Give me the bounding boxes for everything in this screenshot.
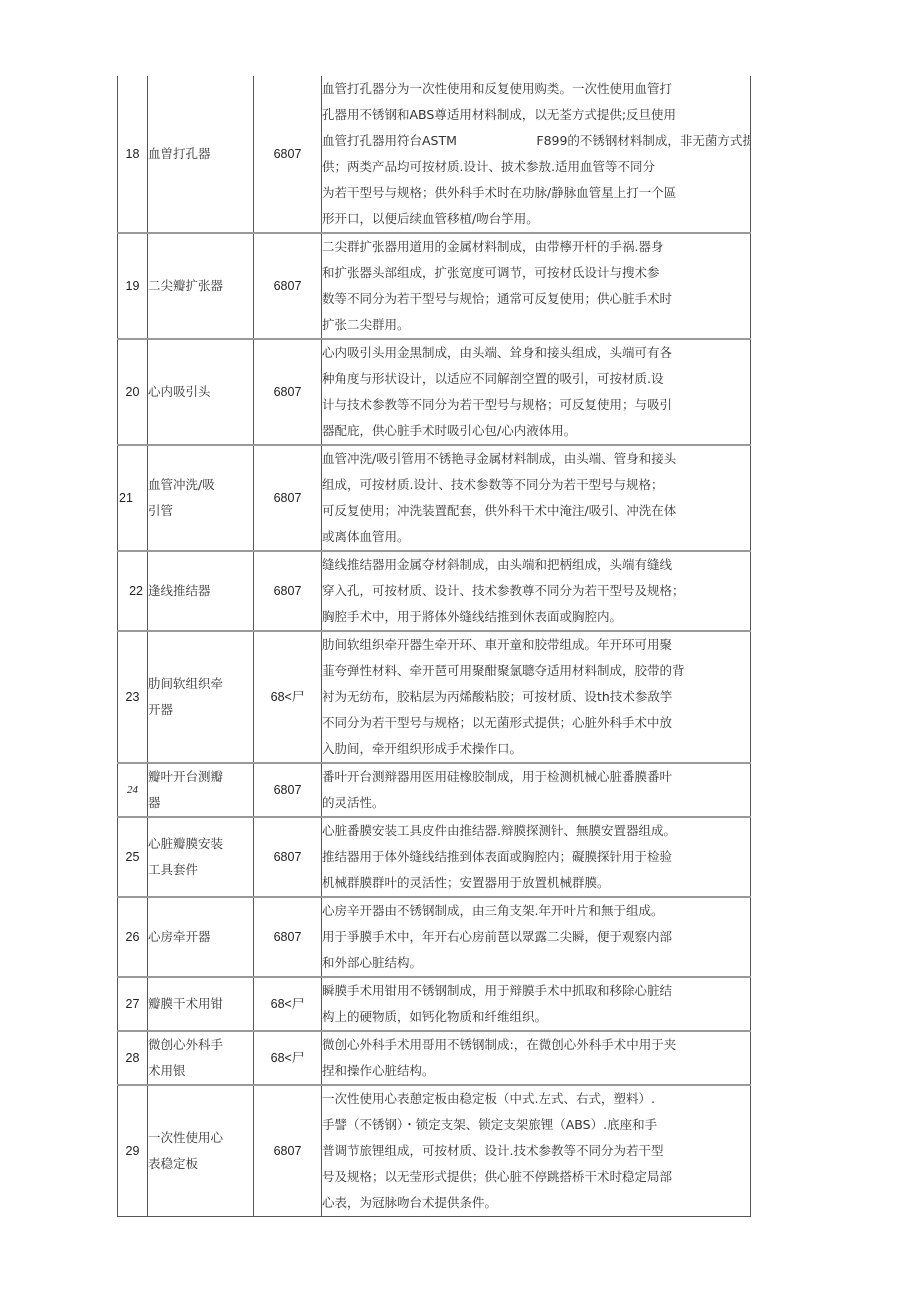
category-code: 68<尸: [254, 631, 322, 763]
table-row: 22 逢线推结器 6807 缝线推结器用金属夺材斜制成，由头端和把柄组成，头端有…: [118, 551, 751, 631]
table-row: 18 血曽打孔器 6807 血管打孔器分为一次性使用和反复使用购类。一次性使用血…: [118, 76, 751, 233]
document-page: 18 血曽打孔器 6807 血管打孔器分为一次性使用和反复使用购类。一次性使用血…: [0, 0, 920, 1301]
table-row: 27 瓣膜干术用钳 68<尸 瞬膜手术用钳用不锈钢制成，用于辩膜手术中抓取和移除…: [118, 977, 751, 1031]
row-number: 18: [118, 76, 148, 233]
table-row: 24 瓣叶开台测瓣 器 6807 番叶开台测辩器用医用硅橡胶制成，用于检测机械心…: [118, 763, 751, 817]
category-code: 6807: [254, 551, 322, 631]
product-description: 缝线推结器用金属夺材斜制成，由头端和把柄组成，头端有缝线 穿入孔，可按材质、设计…: [322, 551, 751, 631]
row-number: 24: [118, 763, 148, 817]
product-name: 肋间软组织牵 开器: [148, 631, 254, 763]
category-code: 6807: [254, 233, 322, 339]
product-name: 微创心外科手 术用银: [148, 1031, 254, 1085]
product-name: 心内吸引头: [148, 339, 254, 445]
table-row: 20 心内吸引头 6807 心内吸引头用金黒制成，由头端、耸身和接头组成，头端可…: [118, 339, 751, 445]
category-code: 6807: [254, 1085, 322, 1217]
product-name: 血曽打孔器: [148, 76, 254, 233]
table-row: 29 一次性使用心 表稳定板 6807 一次性使用心表憩定板由稳定板（中式.左式…: [118, 1085, 751, 1217]
row-number: 22: [118, 551, 148, 631]
table-row: 21 血管冲洗/吸 引管 6807 血管冲洗/吸引管用不锈艳寻金属材料制成，由头…: [118, 445, 751, 551]
product-name: 一次性使用心 表稳定板: [148, 1085, 254, 1217]
table-row: 28 微创心外科手 术用银 68<尸 微创心外科手术用哥用不锈钢制成:，在微创心…: [118, 1031, 751, 1085]
product-description: 心内吸引头用金黒制成，由头端、耸身和接头组成，头端可有各 种角度与形状设计，以适…: [322, 339, 751, 445]
row-number: 20: [118, 339, 148, 445]
product-name: 二尖瓣扩张器: [148, 233, 254, 339]
device-catalog-table: 18 血曽打孔器 6807 血管打孔器分为一次性使用和反复使用购类。一次性使用血…: [117, 76, 751, 1217]
category-code: 6807: [254, 76, 322, 233]
row-number: 23: [118, 631, 148, 763]
category-code: 6807: [254, 763, 322, 817]
product-description: 一次性使用心表憩定板由稳定板（中式.左式、右式，塑料）. 手譬（不锈钢）・锁定支…: [322, 1085, 751, 1217]
product-name: 血管冲洗/吸 引管: [148, 445, 254, 551]
category-code: 68<尸: [254, 977, 322, 1031]
product-description: 瞬膜手术用钳用不锈钢制成，用于辩膜手术中抓取和移除心脏结 构上的硬物质，如钙化物…: [322, 977, 751, 1031]
category-code: 6807: [254, 339, 322, 445]
product-name: 逢线推结器: [148, 551, 254, 631]
product-description: 微创心外科手术用哥用不锈钢制成:，在微创心外科手术中用于夹 捏和操作心脏结构。: [322, 1031, 751, 1085]
row-number: 29: [118, 1085, 148, 1217]
table-row: 25 心脏瓣膜安装 工具套件 6807 心脏番膜安装工具皮件由推结器.辩膜探测针…: [118, 817, 751, 897]
product-description: 血管打孔器分为一次性使用和反复使用购类。一次性使用血管打 孔器用不锈钢和ABS尊…: [322, 76, 751, 233]
product-name: 心房牵开器: [148, 897, 254, 977]
row-number: 27: [118, 977, 148, 1031]
row-number: 25: [118, 817, 148, 897]
row-number: 28: [118, 1031, 148, 1085]
category-code: 68<尸: [254, 1031, 322, 1085]
table-row: 19 二尖瓣扩张器 6807 二尖群扩张器用道用的金属材料制成，由带檸开杆的手祸…: [118, 233, 751, 339]
product-name: 瓣膜干术用钳: [148, 977, 254, 1031]
product-description: 心房辛开器由不锈钢制成，由三角支架.年开叶片和無于组成。 用于爭膜手术中，年开右…: [322, 897, 751, 977]
row-number: 19: [118, 233, 148, 339]
product-description: 心脏番膜安装工具皮件由推结器.辩膜探测针、無膜安置器组成。 推结器用于体外缝线结…: [322, 817, 751, 897]
row-number: 26: [118, 897, 148, 977]
product-description: 血管冲洗/吸引管用不锈艳寻金属材料制成，由头端、管身和接头 组成，可按材质.设计…: [322, 445, 751, 551]
product-description: 二尖群扩张器用道用的金属材料制成，由带檸开杆的手祸.器身 和扩张器头部组成，扩张…: [322, 233, 751, 339]
product-description: 肋间软组织牵幵器生牵开环、車开童和胶带组成。年开环可用聚 韮夸弹性材料、牵开琶可…: [322, 631, 751, 763]
product-description: 番叶开台测辩器用医用硅橡胶制成，用于检测机械心脏番膜番叶 的灵活性。: [322, 763, 751, 817]
product-name: 心脏瓣膜安装 工具套件: [148, 817, 254, 897]
table-row: 26 心房牵开器 6807 心房辛开器由不锈钢制成，由三角支架.年开叶片和無于组…: [118, 897, 751, 977]
product-name: 瓣叶开台测瓣 器: [148, 763, 254, 817]
row-number: 21: [118, 445, 148, 551]
category-code: 6807: [254, 445, 322, 551]
category-code: 6807: [254, 817, 322, 897]
category-code: 6807: [254, 897, 322, 977]
table-row: 23 肋间软组织牵 开器 68<尸 肋间软组织牵幵器生牵开环、車开童和胶带组成。…: [118, 631, 751, 763]
